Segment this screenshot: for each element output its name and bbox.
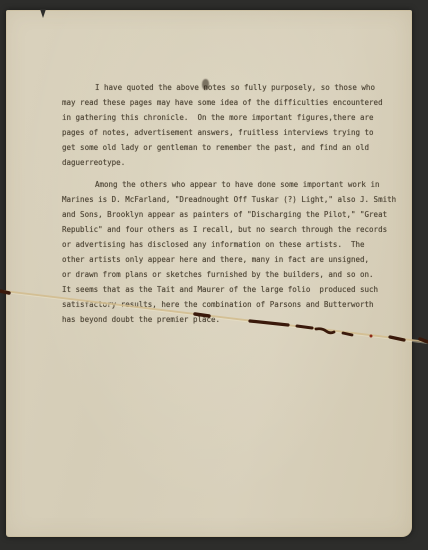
typed-text-block: I have quoted the above notes so fully p… — [62, 80, 402, 327]
typed-line: other artists only appear here and there… — [62, 252, 402, 267]
photo-background: I have quoted the above notes so fully p… — [0, 0, 428, 550]
typed-line: or drawn from plans or sketches furnishe… — [62, 267, 402, 282]
typed-line: get some old lady or gentleman to rememb… — [62, 140, 402, 155]
typed-line: Marines is D. McFarland, "Dreadnought Of… — [62, 192, 402, 207]
paper-sheet: I have quoted the above notes so fully p… — [6, 10, 412, 537]
typed-line: Republic" and four others as I recall, b… — [62, 222, 402, 237]
typed-line: It seems that as the Tait and Maurer of … — [62, 282, 402, 297]
top-edge-notch — [40, 9, 46, 18]
typed-line: daguerreotype. — [62, 155, 402, 170]
typed-line: has beyond doubt the premier place. — [62, 312, 402, 327]
typed-line: and Sons, Brooklyn appear as painters of… — [62, 207, 402, 222]
typed-line: pages of notes, advertisement answers, f… — [62, 125, 402, 140]
paragraph-2: Among the others who appear to have done… — [62, 177, 402, 327]
typed-line: may read these pages may have some idea … — [62, 95, 402, 110]
typed-line: in gathering this chronicle. On the more… — [62, 110, 402, 125]
typed-line: satisfactory results, here the combinati… — [62, 297, 402, 312]
typed-line: or advertising has disclosed any informa… — [62, 237, 402, 252]
residue-mark — [420, 339, 428, 342]
paragraph-1: I have quoted the above notes so fully p… — [62, 80, 402, 170]
typed-line: Among the others who appear to have done… — [62, 177, 402, 192]
typed-line: I have quoted the above notes so fully p… — [62, 80, 402, 95]
